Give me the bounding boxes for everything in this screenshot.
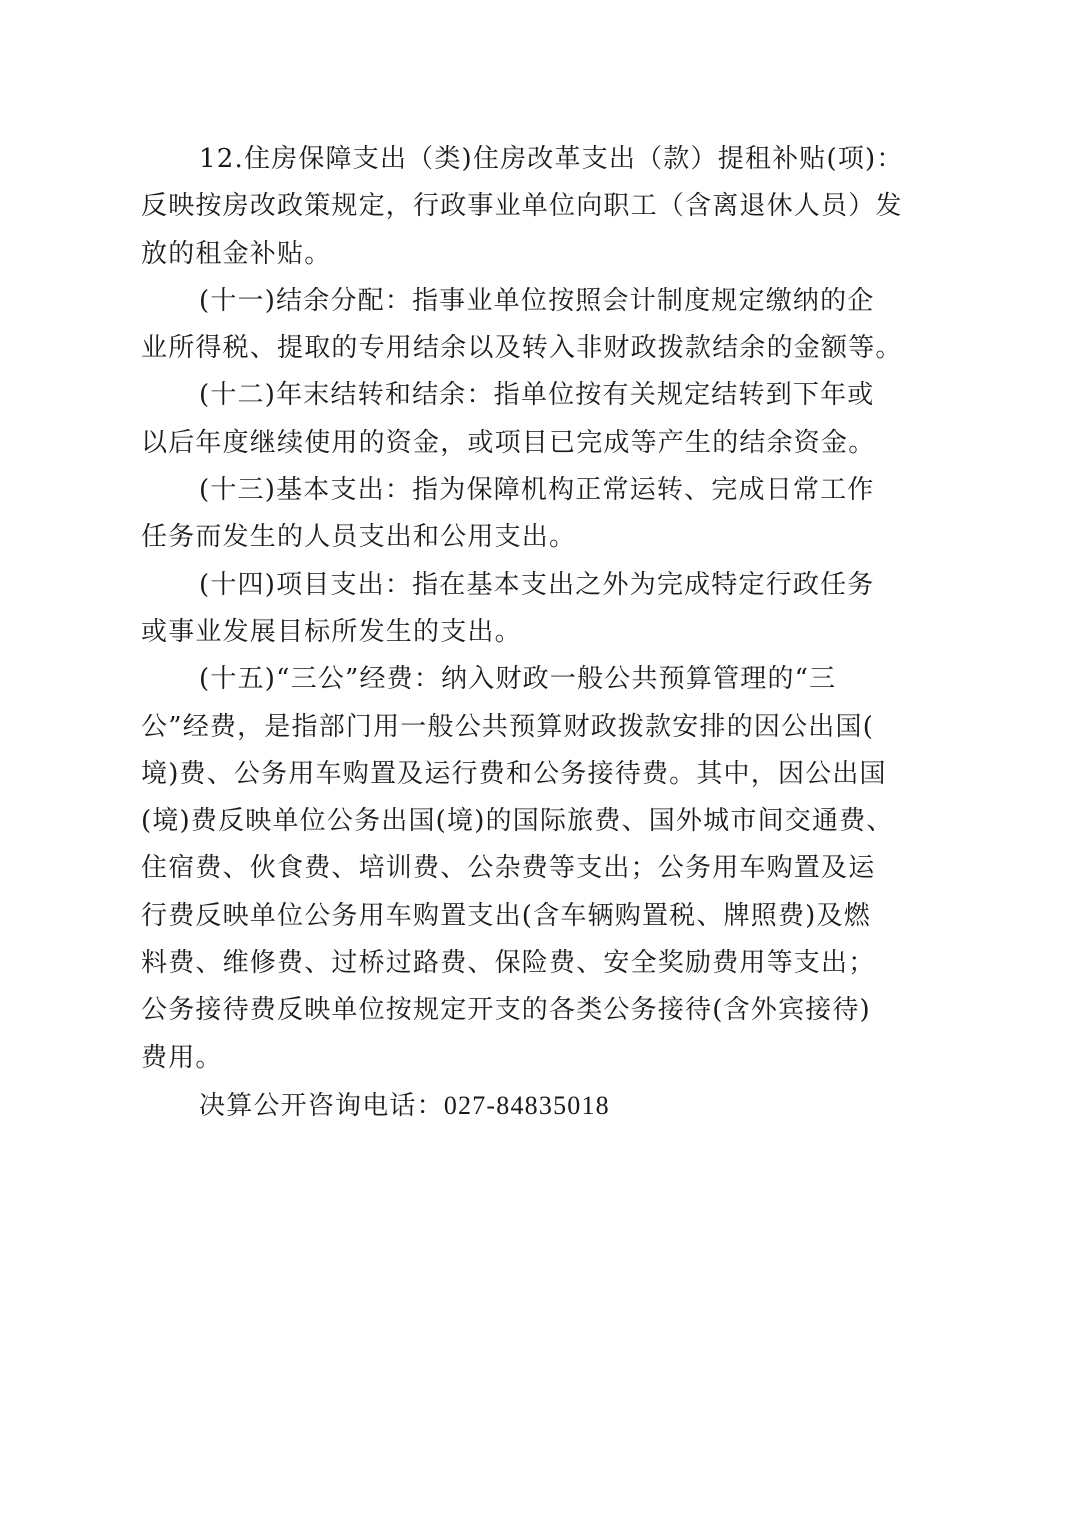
text-line: 以后年度继续使用的资金，或项目已完成等产生的结余资金。	[141, 420, 971, 467]
paragraph-three-public-expenses: (十五)“三公”经费：纳入财政一般公共预算管理的“三 公”经费，是指部门用一般公…	[141, 656, 971, 1082]
text-line: (十五)“三公”经费：纳入财政一般公共预算管理的“三	[141, 656, 971, 703]
text-line: 任务而发生的人员支出和公用支出。	[141, 514, 971, 561]
text-line: (十三)基本支出：指为保障机构正常运转、完成日常工作	[141, 467, 971, 514]
text-line: 公”经费，是指部门用一般公共预算财政拨款安排的因公出国(	[141, 704, 971, 751]
contact-line: 决算公开咨询电话：027-84835018	[141, 1082, 971, 1129]
text-line: 业所得税、提取的专用结余以及转入非财政拨款结余的金额等。	[141, 325, 971, 372]
text-line: 行费反映单位公务用车购置支出(含车辆购置税、牌照费)及燃	[141, 893, 971, 940]
document-page: 12.住房保障支出（类)住房改革支出（款）提租补贴(项)： 反映按房改政策规定，…	[0, 0, 1074, 1520]
text-line: 费用。	[141, 1035, 971, 1082]
paragraph-project-expenditure: (十四)项目支出：指在基本支出之外为完成特定行政任务 或事业发展目标所发生的支出…	[141, 562, 971, 657]
text-line: 住宿费、伙食费、培训费、公杂费等支出；公务用车购置及运	[141, 845, 971, 892]
text-line: 或事业发展目标所发生的支出。	[141, 609, 971, 656]
text-line: (十四)项目支出：指在基本支出之外为完成特定行政任务	[141, 562, 971, 609]
text-line: 12.住房保障支出（类)住房改革支出（款）提租补贴(项)：	[141, 136, 971, 183]
paragraph-housing-rent-subsidy: 12.住房保障支出（类)住房改革支出（款）提租补贴(项)： 反映按房改政策规定，…	[141, 136, 971, 278]
text-line: 境)费、公务用车购置及运行费和公务接待费。其中，因公出国	[141, 751, 971, 798]
contact-phone: 027-84835018	[444, 1091, 610, 1120]
paragraph-year-end-carryover: (十二)年末结转和结余：指单位按有关规定结转到下年或 以后年度继续使用的资金，或…	[141, 372, 971, 467]
text-line: 料费、维修费、过桥过路费、保险费、安全奖励费用等支出；	[141, 940, 971, 987]
text-line: (十一)结余分配：指事业单位按照会计制度规定缴纳的企	[141, 278, 971, 325]
text-line: 反映按房改政策规定，行政事业单位向职工（含离退休人员）发	[141, 183, 971, 230]
text-line: 放的租金补贴。	[141, 231, 971, 278]
paragraph-surplus-distribution: (十一)结余分配：指事业单位按照会计制度规定缴纳的企 业所得税、提取的专用结余以…	[141, 278, 971, 373]
text-line: (境)费反映单位公务出国(境)的国际旅费、国外城市间交通费、	[141, 798, 971, 845]
text-line: 公务接待费反映单位按规定开支的各类公务接待(含外宾接待)	[141, 987, 971, 1034]
contact-label: 决算公开咨询电话：	[199, 1091, 444, 1121]
text-line: (十二)年末结转和结余：指单位按有关规定结转到下年或	[141, 372, 971, 419]
paragraph-basic-expenditure: (十三)基本支出：指为保障机构正常运转、完成日常工作 任务而发生的人员支出和公用…	[141, 467, 971, 562]
document-body: 12.住房保障支出（类)住房改革支出（款）提租补贴(项)： 反映按房改政策规定，…	[141, 136, 971, 1129]
